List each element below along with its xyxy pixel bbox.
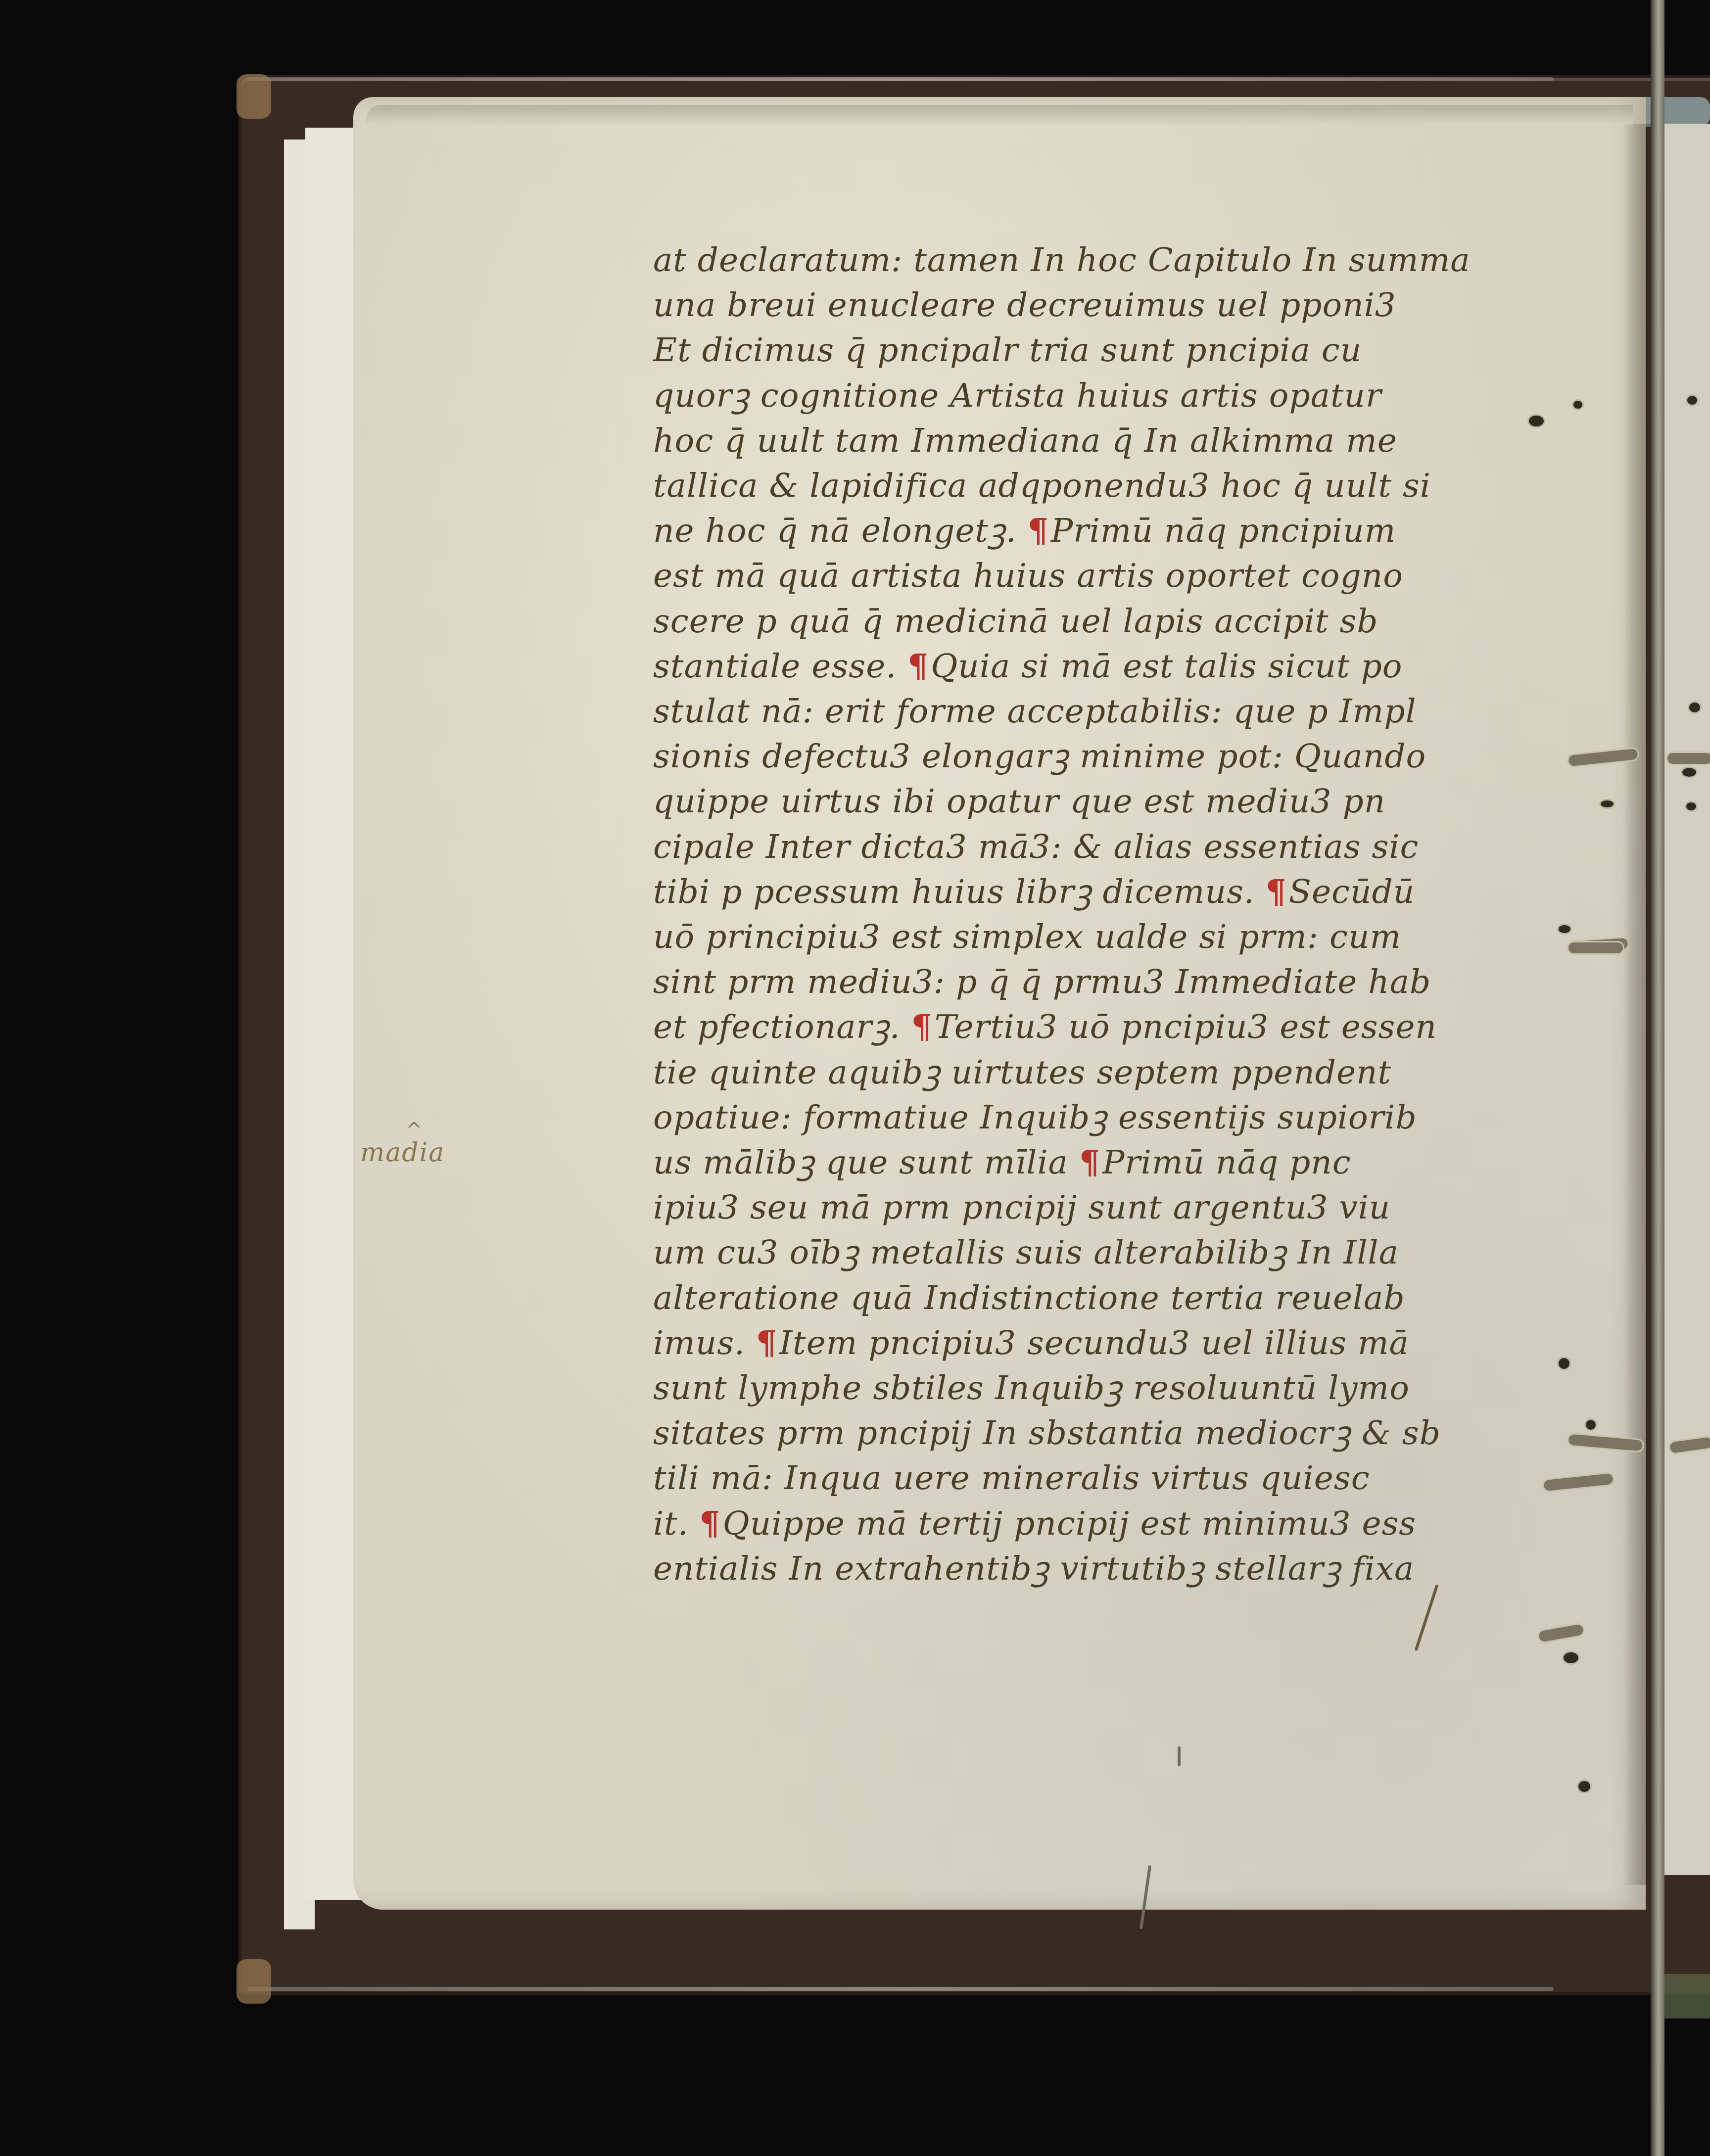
text-line: ipiu3 seu mā prm pncipij sunt argentu3 v… [653, 1185, 1504, 1230]
leaf-top-edge [366, 105, 1633, 125]
text-line: quippe uirtus ibi opatur que est mediu3 … [653, 779, 1504, 824]
text-line: tibi p pcessum huius librꝫ dicemus. ¶Sec… [653, 869, 1504, 914]
tailband [1664, 1974, 1710, 2018]
text-line: et pfectionarꝫ. ¶Tertiu3 uō pncipiu3 est… [653, 1004, 1504, 1049]
text-line: Et dicimus q̄ pncipalr tria sunt pncipia… [653, 328, 1504, 373]
text-block: at declaratum: tamen In hoc Capitulo In … [653, 237, 1504, 1591]
binding-edge-top [247, 77, 1554, 81]
worm-trail [1667, 753, 1710, 764]
text-line: entialis In extrahentibꝫ virtutibꝫ stell… [653, 1546, 1504, 1591]
text-line: stulat nā: erit forme acceptabilis: que … [653, 689, 1504, 734]
text-line: uō principiu3 est simplex ualde si prm: … [653, 914, 1504, 959]
text-line: tie quinte aquibꝫ uirtutes septem ppende… [653, 1050, 1504, 1095]
wormhole [1586, 1420, 1596, 1430]
text-line: sunt lymphe sbtiles Inquibꝫ resoluuntū l… [653, 1365, 1504, 1410]
marginal-note: madia [360, 1138, 445, 1168]
wormhole [1578, 1781, 1590, 1792]
page-holding-rod [1651, 0, 1664, 2156]
text-line: cipale Inter dicta3 mā3: & alias essenti… [653, 824, 1504, 869]
paragraph-mark-rubric: ¶ [1266, 872, 1287, 911]
wormhole [1682, 768, 1696, 777]
paragraph-mark-rubric: ¶ [1028, 511, 1049, 550]
text-line: alteratione quā Indistinctione tertia re… [653, 1275, 1504, 1320]
wormhole [1689, 703, 1700, 712]
wormhole [1559, 925, 1570, 933]
text-line: sint prm mediu3: p q̄ q̄ prmu3 Immediate… [653, 959, 1504, 1004]
text-line: opatiue: formatiue Inquibꝫ essentijs sup… [653, 1095, 1504, 1140]
wormhole [1601, 800, 1614, 807]
text-line: tallica & lapidifica adqponendu3 hoc q̄ … [653, 463, 1504, 508]
worn-corner-top-left [237, 74, 271, 119]
paragraph-mark-rubric: ¶ [700, 1504, 721, 1543]
wormhole [1559, 1358, 1569, 1369]
worm-trail [1568, 942, 1623, 953]
binding-edge-bottom [247, 1987, 1554, 1991]
paragraph-mark-rubric: ¶ [1079, 1143, 1100, 1181]
paragraph-mark-rubric: ¶ [756, 1323, 777, 1362]
text-line: us mālibꝫ que sunt mīlia ¶Primū nāq pnc [653, 1140, 1504, 1185]
text-line: tili mā: Inqua uere mineralis virtus qui… [653, 1455, 1504, 1500]
text-line: imus. ¶Item pncipiu3 secundu3 uel illius… [653, 1320, 1504, 1365]
paragraph-mark-rubric: ¶ [907, 647, 929, 685]
worn-corner-bottom-left [237, 1959, 271, 2004]
wormhole [1686, 802, 1696, 810]
facing-leaf-edge [1664, 124, 1710, 1875]
text-line: um cu3 oībꝫ metallis suis alterabilibꝫ I… [653, 1230, 1504, 1275]
manuscript-photograph: ^ madia at declaratum: tamen In hoc Capi… [0, 0, 1710, 2156]
paragraph-mark-rubric: ¶ [911, 1007, 933, 1046]
wormhole [1573, 401, 1582, 409]
text-line: it. ¶Quippe mā tertij pncipij est minimu… [653, 1501, 1504, 1546]
page-tear [1178, 1746, 1181, 1766]
text-line: quorꝫ cognitione Artista huius artis opa… [653, 373, 1504, 418]
text-line: at declaratum: tamen In hoc Capitulo In … [653, 237, 1504, 282]
text-line: una breui enucleare decreuimus uel pponi… [653, 282, 1504, 328]
text-line: est mā quā artista huius artis oportet c… [653, 553, 1504, 598]
wormhole [1529, 416, 1544, 426]
text-line: stantiale esse. ¶Quia si mā est talis si… [653, 644, 1504, 689]
text-line: hoc q̄ uult tam Immediana q̄ In alkimma … [653, 418, 1504, 463]
text-line: scere p quā q̄ medicinā uel lapis accipi… [653, 599, 1504, 644]
wormhole [1564, 1652, 1578, 1663]
text-line: sionis defectu3 elongarꝫ minime pot: Qua… [653, 734, 1504, 779]
text-line: sitates prm pncipij In sbstantia mediocr… [653, 1410, 1504, 1455]
text-line: ne hoc q̄ nā elongetꝫ. ¶Primū nāq pncipi… [653, 508, 1504, 553]
gutter-shadow [1623, 124, 1653, 1885]
wormhole [1687, 396, 1697, 405]
